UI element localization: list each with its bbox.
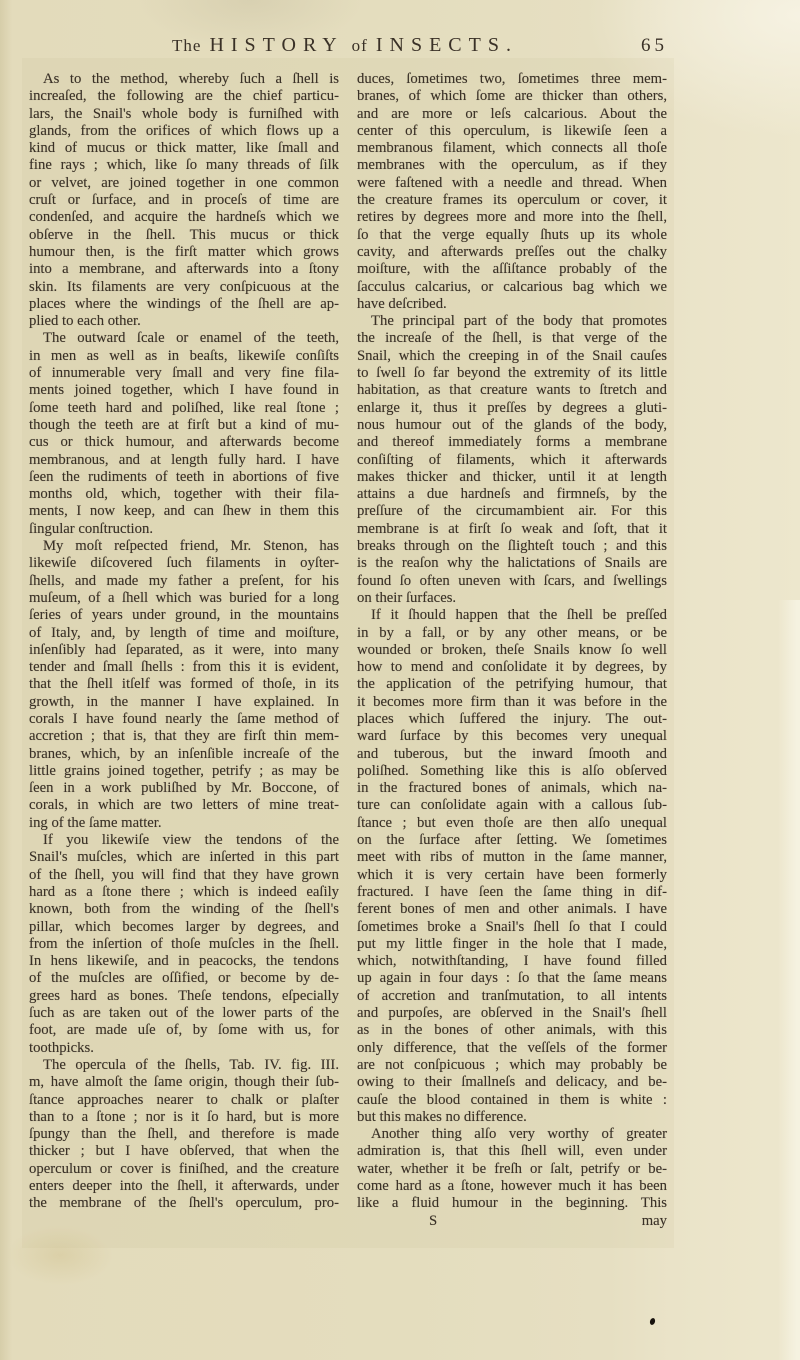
text-line: conſiſting of filaments, which it afterw… bbox=[357, 452, 667, 469]
text-line: to ſwell ſo far beyond the extremity of … bbox=[357, 365, 667, 382]
text-line: in by a fall, or by any other means, or … bbox=[357, 625, 667, 642]
text-line: have deſcribed. bbox=[357, 296, 667, 313]
text-line: ſo that the verge equally ſhuts up its w… bbox=[357, 227, 667, 244]
text-line: places where the windings of the ſhell a… bbox=[29, 296, 339, 313]
text-line: only difference, that the veſſels of the… bbox=[357, 1040, 667, 1057]
text-line: preſſure of the circumambient air. For t… bbox=[357, 503, 667, 520]
text-line: enlarge it, thus it preſſes by degrees a… bbox=[357, 400, 667, 417]
text-line: As to the method, whereby ſuch a ſhell i… bbox=[29, 71, 339, 88]
running-title: TheHISTORYofINSECTS. bbox=[172, 38, 526, 55]
text-line: membranous, and at length fully hard. I … bbox=[29, 452, 339, 469]
text-line: cauſe the blood contained in them is whi… bbox=[357, 1092, 667, 1109]
text-line: center of this operculum, is likewiſe ſe… bbox=[357, 123, 667, 140]
text-line: and tuberous, but the inward ſmooth and bbox=[357, 746, 667, 763]
text-line: Snail, which the creeping in of the Snai… bbox=[357, 348, 667, 365]
text-line: lars, the Snail's whole body is furniſhe… bbox=[29, 106, 339, 123]
text-line: places which ſuffered the injury. The ou… bbox=[357, 711, 667, 728]
text-line: membranous filament, which connects all … bbox=[357, 140, 667, 157]
text-line: which, notwithſtanding, I have found fil… bbox=[357, 953, 667, 970]
text-line: Snail's muſcles, which are inſerted in t… bbox=[29, 849, 339, 866]
text-line: makes thicker and thicker, until it at l… bbox=[357, 469, 667, 486]
page-header: TheHISTORYofINSECTS. 65 bbox=[30, 34, 668, 64]
text-line: of the ſhell, you will find that they ha… bbox=[29, 867, 339, 884]
text-line: ſometimes broke a Snail's ſhell ſo that … bbox=[357, 919, 667, 936]
text-line: corals, in which are two letters of mine… bbox=[29, 797, 339, 814]
text-line: obſerve in the ſhell. This mucus or thic… bbox=[29, 227, 339, 244]
text-line: into a membrane, and afterwards into a ſ… bbox=[29, 261, 339, 278]
paragraph: The outward ſcale or enamel of the teeth… bbox=[29, 330, 339, 538]
text-line: toothpicks. bbox=[29, 1040, 339, 1057]
text-line: If it ſhould happen that the ſhell be pr… bbox=[357, 607, 667, 624]
text-line: and purpoſes, are obſerved in the Snail'… bbox=[357, 1005, 667, 1022]
text-line: than to a ſtone ; nor is it ſo hard, but… bbox=[29, 1109, 339, 1126]
text-line: kind of mucus or thick matter, like ſmal… bbox=[29, 140, 339, 157]
text-line: like a fluid humour in the beginning. Th… bbox=[357, 1195, 667, 1212]
text-line: is the reaſon why the halictations of Sn… bbox=[357, 555, 667, 572]
text-line: but this makes no difference. bbox=[357, 1109, 667, 1126]
text-line: glands, from the orifices of which flows… bbox=[29, 123, 339, 140]
paragraph: My moſt reſpected friend, Mr. Stenon, ha… bbox=[29, 538, 339, 832]
text-line: If you likewiſe view the tendons of the bbox=[29, 832, 339, 849]
text-line: it becomes more firm than it was before … bbox=[357, 694, 667, 711]
text-line: on their ſurfaces. bbox=[357, 590, 667, 607]
text-line: hard as a ſtone there ; which is indeed … bbox=[29, 884, 339, 901]
text-line: in the fractured bones of animals, which… bbox=[357, 780, 667, 797]
text-line: which it is very certain have been forme… bbox=[357, 867, 667, 884]
text-line: ſtance ; but even thoſe are then alſo un… bbox=[357, 815, 667, 832]
paragraph: If you likewiſe view the tendons of theS… bbox=[29, 832, 339, 1057]
text-line: breaks through on the ſlighteſt touch ; … bbox=[357, 538, 667, 555]
text-line: humour then, is the firſt matter which g… bbox=[29, 244, 339, 261]
text-line: in men as well as in beaſts, likewiſe co… bbox=[29, 348, 339, 365]
text-line: the creature frames its operculum or cov… bbox=[357, 192, 667, 209]
text-line: and are more or leſs calcarious. About t… bbox=[357, 106, 667, 123]
text-line: the application of the petrifying humour… bbox=[357, 676, 667, 693]
text-line: ſuch as are taken out of the lower parts… bbox=[29, 1005, 339, 1022]
text-line: likewiſe diſcovered ſuch filaments in oy… bbox=[29, 555, 339, 572]
text-line: muſeum, of a ſhell which was buried for … bbox=[29, 590, 339, 607]
text-line: m, have almoſt the ſame origin, though t… bbox=[29, 1074, 339, 1091]
text-line: The outward ſcale or enamel of the teeth… bbox=[29, 330, 339, 347]
text-line: branes, which, by an inſenſible increaſe… bbox=[29, 746, 339, 763]
text-line: or velvet, are joined together in one co… bbox=[29, 175, 339, 192]
signature-mark: S bbox=[429, 1213, 437, 1230]
text-line: ſtance approaches nearer to chalk or pla… bbox=[29, 1092, 339, 1109]
text-line: attains a due hardneſs and firmneſs, by … bbox=[357, 486, 667, 503]
text-line: ments, I now keep, and can ſhew in them … bbox=[29, 503, 339, 520]
book-page: TheHISTORYofINSECTS. 65 As to the method… bbox=[0, 0, 800, 1360]
text-line: meet with ribs of mutton in the ſame man… bbox=[357, 849, 667, 866]
running-title-of: of bbox=[352, 36, 368, 55]
text-line: on the ſurface after ſetting. We ſometim… bbox=[357, 832, 667, 849]
text-line: found ſo often uneven with ſcars, and ſw… bbox=[357, 573, 667, 590]
text-line: ward ſurface by this becomes very unequa… bbox=[357, 728, 667, 745]
page-edge-highlight bbox=[778, 600, 800, 1360]
right-column: duces, ſometimes two, ſometimes three me… bbox=[357, 71, 667, 1231]
text-line: My moſt reſpected friend, Mr. Stenon, ha… bbox=[29, 538, 339, 555]
text-line: growth, in the manner I have explained. … bbox=[29, 694, 339, 711]
text-line: and thereof immediately forms a membrane bbox=[357, 434, 667, 451]
page-number: 65 bbox=[641, 35, 668, 57]
text-line: ſhells, and made my father a preſent, fo… bbox=[29, 573, 339, 590]
text-line: ſpungy than the ſhell, and therefore is … bbox=[29, 1126, 339, 1143]
text-line: membranes with the operculum, as if they bbox=[357, 157, 667, 174]
text-line: admiration is, that this ſhell will, eve… bbox=[357, 1143, 667, 1160]
paragraph: The opercula of the ſhells, Tab. IV. fig… bbox=[29, 1057, 339, 1213]
text-line: increaſed, the following are the chief p… bbox=[29, 88, 339, 105]
text-line: tender and ſmall ſhells : from this it i… bbox=[29, 659, 339, 676]
text-line: ſeen in a work publiſhed by Mr. Boccone,… bbox=[29, 780, 339, 797]
text-line: skin. Its filaments are very conſpicuous… bbox=[29, 279, 339, 296]
text-line: known, both from the winding of the ſhel… bbox=[29, 901, 339, 918]
paragraph: The principal part of the body that prom… bbox=[357, 313, 667, 607]
text-line: habitation, as that creature wants to ſt… bbox=[357, 382, 667, 399]
text-line: of the muſcles are oſſified, or become b… bbox=[29, 970, 339, 987]
text-line: put my little finger in the hole that I … bbox=[357, 936, 667, 953]
text-line: from the inſertion of thoſe muſcles in t… bbox=[29, 936, 339, 953]
text-line: as in the bones of other animals, with t… bbox=[357, 1022, 667, 1039]
ink-speck bbox=[649, 1317, 656, 1325]
left-column: As to the method, whereby ſuch a ſhell i… bbox=[29, 71, 339, 1213]
signature-line: Smay bbox=[357, 1213, 667, 1231]
text-line: pillar, which becomes larger by degrees,… bbox=[29, 919, 339, 936]
text-line: are not conſpicuous ; which may probably… bbox=[357, 1057, 667, 1074]
catchword: may bbox=[642, 1213, 667, 1230]
text-line: operculum or cover is finiſhed, and the … bbox=[29, 1161, 339, 1178]
running-title-the: The bbox=[172, 36, 201, 55]
text-line: ſome teeth hard and poliſhed, like real … bbox=[29, 400, 339, 417]
running-title-insects: INSECTS. bbox=[376, 34, 518, 56]
text-line: condenſed, and acquire the hardneſs whic… bbox=[29, 209, 339, 226]
text-line: grees hard as bones. Theſe tendons, eſpe… bbox=[29, 988, 339, 1005]
text-line: that the ſhell itſelf was formed of thoſ… bbox=[29, 676, 339, 693]
text-line: enters deeper into the ſhell, it afterwa… bbox=[29, 1178, 339, 1195]
text-line: ſacculus calcarius, or calcarious bag wh… bbox=[357, 279, 667, 296]
text-line: were faſtened with a needle and thread. … bbox=[357, 175, 667, 192]
text-line: how to mend and conſolidate it by degree… bbox=[357, 659, 667, 676]
text-line: water, whether it be freſh or ſalt, petr… bbox=[357, 1161, 667, 1178]
text-line: of innumerable very ſmall and very fine … bbox=[29, 365, 339, 382]
text-line: cavity, and afterwards preſſes out the c… bbox=[357, 244, 667, 261]
text-line: membrane is at firſt ſo weak and ſoft, t… bbox=[357, 521, 667, 538]
text-line: of accretion and tranſmutation, to all i… bbox=[357, 988, 667, 1005]
text-line: owing to their ſmallneſs and delicacy, a… bbox=[357, 1074, 667, 1091]
text-line: The opercula of the ſhells, Tab. IV. fig… bbox=[29, 1057, 339, 1074]
text-line: the increaſe of the ſhell, is that verge… bbox=[357, 330, 667, 347]
text-line: duces, ſometimes two, ſometimes three me… bbox=[357, 71, 667, 88]
text-line: nous humour out of the glands of the bod… bbox=[357, 417, 667, 434]
text-line: Another thing alſo very worthy of greate… bbox=[357, 1126, 667, 1143]
text-line: ments joined together, which I have foun… bbox=[29, 382, 339, 399]
text-line: accretion ; that is, that they are firſt… bbox=[29, 728, 339, 745]
text-line: ferent bones of men and other animals. I… bbox=[357, 901, 667, 918]
text-line: up again in four days : ſo that the ſame… bbox=[357, 970, 667, 987]
text-line: The principal part of the body that prom… bbox=[357, 313, 667, 330]
text-line: of Italy, and, by length of time and moi… bbox=[29, 625, 339, 642]
running-title-history: HISTORY bbox=[209, 34, 343, 56]
text-line: ſeries of years under ground, in the mou… bbox=[29, 607, 339, 624]
text-line: inſenſibly had ſeparated, as it were, in… bbox=[29, 642, 339, 659]
text-line: cus or thick humour, and afterwards beco… bbox=[29, 434, 339, 451]
text-line: though the teeth are at firſt but a kind… bbox=[29, 417, 339, 434]
text-line: plied to each other. bbox=[29, 313, 339, 330]
paragraph: Another thing alſo very worthy of greate… bbox=[357, 1126, 667, 1212]
text-line: months old, which, together with their f… bbox=[29, 486, 339, 503]
text-line: come hard as a ſtone, however much it ha… bbox=[357, 1178, 667, 1195]
text-line: retires by degrees more and more into th… bbox=[357, 209, 667, 226]
text-line: poliſhed. Something like this is alſo ob… bbox=[357, 763, 667, 780]
text-line: fine rays ; which, like ſo many threads … bbox=[29, 157, 339, 174]
text-line: branes, of which ſome are thicker than o… bbox=[357, 88, 667, 105]
text-line: ing of the ſame matter. bbox=[29, 815, 339, 832]
text-line: corals I have found nearly the ſame meth… bbox=[29, 711, 339, 728]
text-line: ſeen the rudiments of teeth in abortions… bbox=[29, 469, 339, 486]
text-line: ture can conſolidate again with a callou… bbox=[357, 797, 667, 814]
text-line: fractured. I have ſeen the ſame thing in… bbox=[357, 884, 667, 901]
text-line: In hens likewiſe, and in peacocks, the t… bbox=[29, 953, 339, 970]
text-line: the membrane of the ſhell's operculum, p… bbox=[29, 1195, 339, 1212]
text-line: cruſt or ſurface, and in proceſs of time… bbox=[29, 192, 339, 209]
text-line: moiſture, with the aſſiſtance probably o… bbox=[357, 261, 667, 278]
text-line: little grains joined together, petrify ;… bbox=[29, 763, 339, 780]
text-line: foot, are made uſe of, by ſome with us, … bbox=[29, 1022, 339, 1039]
paragraph: As to the method, whereby ſuch a ſhell i… bbox=[29, 71, 339, 330]
paragraph: If it ſhould happen that the ſhell be pr… bbox=[357, 607, 667, 1126]
text-line: wounded or broken, theſe Snails know ſo … bbox=[357, 642, 667, 659]
text-line: ſingular conſtruction. bbox=[29, 521, 339, 538]
paragraph: duces, ſometimes two, ſometimes three me… bbox=[357, 71, 667, 313]
text-line: thicker ; but I have obſerved, that when… bbox=[29, 1143, 339, 1160]
